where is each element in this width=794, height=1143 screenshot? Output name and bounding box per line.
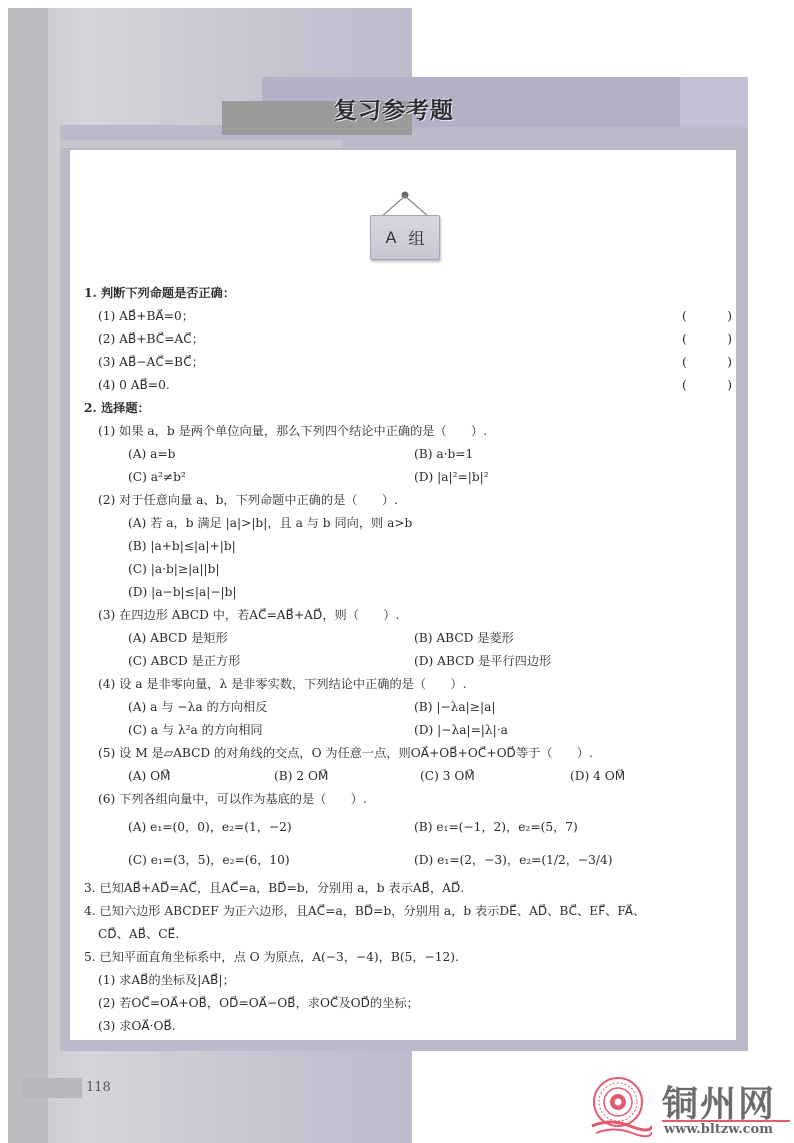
question-4-line1: 4. 已知六边形 ABCDEF 为正六边形，且AC⃗=a，BD⃗=b，分别用 a… (84, 900, 736, 923)
q2-sub4-stem: (4) 设 a 是非零向量，λ 是非零实数，下列结论中正确的是（ ）. (84, 673, 736, 696)
group-letter: A (386, 228, 397, 247)
q2-sub3-options-row2: (C) ABCD 是正方形 (D) ABCD 是平行四边形 (84, 650, 736, 673)
q2-sub6-stem: (6) 下列各组向量中，可以作为基底的是（ ）. (84, 788, 736, 811)
option-b[interactable]: (B) e₁=(−1，2)，e₂=(5，7) (414, 811, 700, 844)
option-b[interactable]: (B) a·b=1 (414, 443, 700, 466)
option-a[interactable]: (A) OM⃗ (128, 765, 274, 788)
page-number: 118 (86, 1080, 111, 1095)
answer-blank[interactable]: () (682, 305, 732, 328)
title-band-purple-end (680, 77, 748, 127)
option-d[interactable]: (D) e₁=(2，−3)，e₂=(1/2，−3/4) (414, 844, 700, 877)
answer-blank[interactable]: () (682, 374, 732, 397)
q2-sub6-options-row2: (C) e₁=(3，5)，e₂=(6，10) (D) e₁=(2，−3)，e₂=… (84, 844, 736, 877)
option-c[interactable]: (C) a²≠b² (128, 466, 414, 489)
q2-sub1-options-row1: (A) a=b (B) a·b=1 (84, 443, 736, 466)
option-b[interactable]: (B) |−λa|≥|a| (414, 696, 700, 719)
q5-item-1: (1) 求AB⃗的坐标及|AB⃗|； (84, 969, 736, 992)
question-3: 3. 已知AB⃗+AD⃗=AC⃗，且AC⃗=a，BD⃗=b，分别用 a，b 表示… (84, 877, 736, 900)
q2-sub1-stem: (1) 如果 a，b 是两个单位向量，那么下列四个结论中正确的是（ ）. (84, 420, 736, 443)
q5-item-3: (3) 求OA⃗·OB⃗. (84, 1015, 736, 1038)
question-5-stem: 5. 已知平面直角坐标系中，点 O 为原点，A(−3，−4)，B(5，−12). (84, 946, 736, 969)
background-left-stripe (8, 8, 48, 1143)
q2-sub6-options-row1: (A) e₁=(0，0)，e₂=(1，−2) (B) e₁=(−1，2)，e₂=… (84, 811, 736, 844)
q2-sub5-options: (A) OM⃗ (B) 2 OM⃗ (C) 3 OM⃗ (D) 4 OM⃗ (84, 765, 736, 788)
option-b[interactable]: (B) 2 OM⃗ (274, 765, 420, 788)
q1-item-1: (1) AB⃗+BA⃗=0； () (84, 305, 736, 328)
option-c[interactable]: (C) a 与 λ²a 的方向相同 (128, 719, 414, 742)
q2-sub2-stem: (2) 对于任意向量 a、b，下列命题中正确的是（ ）. (84, 489, 736, 512)
q2-sub5-stem: (5) 设 M 是▱ABCD 的对角线的交点，O 为任意一点，则OA⃗+OB⃗+… (84, 742, 736, 765)
q2-sub4-options-row1: (A) a 与 −λa 的方向相反 (B) |−λa|≥|a| (84, 696, 736, 719)
watermark: 铜州网 www.bltzw.com (590, 1076, 790, 1138)
option-b[interactable]: (B) ABCD 是菱形 (414, 627, 700, 650)
q2-sub3-stem: (3) 在四边形 ABCD 中，若AC⃗=AB⃗+AD⃗，则（ ）. (84, 604, 736, 627)
watermark-url: www.bltzw.com (664, 1122, 773, 1137)
option-a[interactable]: (A) ABCD 是矩形 (128, 627, 414, 650)
q2-sub1-options-row2: (C) a²≠b² (D) |a|²=|b|² (84, 466, 736, 489)
option-a[interactable]: (A) e₁=(0，0)，e₂=(1，−2) (128, 811, 414, 844)
q1-item-4: (4) 0 AB⃗=0. () (84, 374, 736, 397)
answer-blank[interactable]: () (682, 351, 732, 374)
page-title: 复习参考题 (334, 92, 474, 126)
option-d[interactable]: (D) ABCD 是平行四边形 (414, 650, 700, 673)
answer-blank[interactable]: () (682, 328, 732, 351)
question-1-stem: 1. 判断下列命题是否正确： (84, 282, 736, 305)
option-b[interactable]: (B) |a+b|≤|a|+|b| (84, 535, 736, 558)
watermark-logo-icon (590, 1076, 652, 1138)
group-sign: A 组 (370, 215, 440, 260)
option-c[interactable]: (C) |a·b|≥|a||b| (84, 558, 736, 581)
option-c[interactable]: (C) e₁=(3，5)，e₂=(6，10) (128, 844, 414, 877)
q5-item-2: (2) 若OC⃗=OA⃗+OB⃗，OD⃗=OA⃗−OB⃗，求OC⃗及OD⃗的坐标… (84, 992, 736, 1015)
option-c[interactable]: (C) 3 OM⃗ (420, 765, 570, 788)
question-2-stem: 2. 选择题： (84, 397, 736, 420)
page-number-bar (22, 1078, 82, 1098)
q1-item-3: (3) AB⃗−AC⃗=BC⃗； () (84, 351, 736, 374)
option-c[interactable]: (C) ABCD 是正方形 (128, 650, 414, 673)
exercise-list: 1. 判断下列命题是否正确： (1) AB⃗+BA⃗=0； () (2) AB⃗… (84, 282, 736, 1038)
question-4-line2: CD⃗、AB⃗、CE⃗. (84, 923, 736, 946)
q1-item-2: (2) AB⃗+BC⃗=AC⃗； () (84, 328, 736, 351)
option-a[interactable]: (A) 若 a，b 满足 |a|>|b|，且 a 与 b 同向，则 a>b (84, 512, 736, 535)
option-d[interactable]: (D) |a|²=|b|² (414, 466, 700, 489)
option-d[interactable]: (D) |−λa|=|λ|·a (414, 719, 700, 742)
group-label: 组 (408, 226, 424, 249)
option-a[interactable]: (A) a=b (128, 443, 414, 466)
option-a[interactable]: (A) a 与 −λa 的方向相反 (128, 696, 414, 719)
option-d[interactable]: (D) |a−b|≤|a|−|b| (84, 581, 736, 604)
option-d[interactable]: (D) 4 OM⃗ (570, 765, 716, 788)
q2-sub3-options-row1: (A) ABCD 是矩形 (B) ABCD 是菱形 (84, 627, 736, 650)
title-underline-bar (60, 140, 342, 148)
q2-sub4-options-row2: (C) a 与 λ²a 的方向相同 (D) |−λa|=|λ|·a (84, 719, 736, 742)
